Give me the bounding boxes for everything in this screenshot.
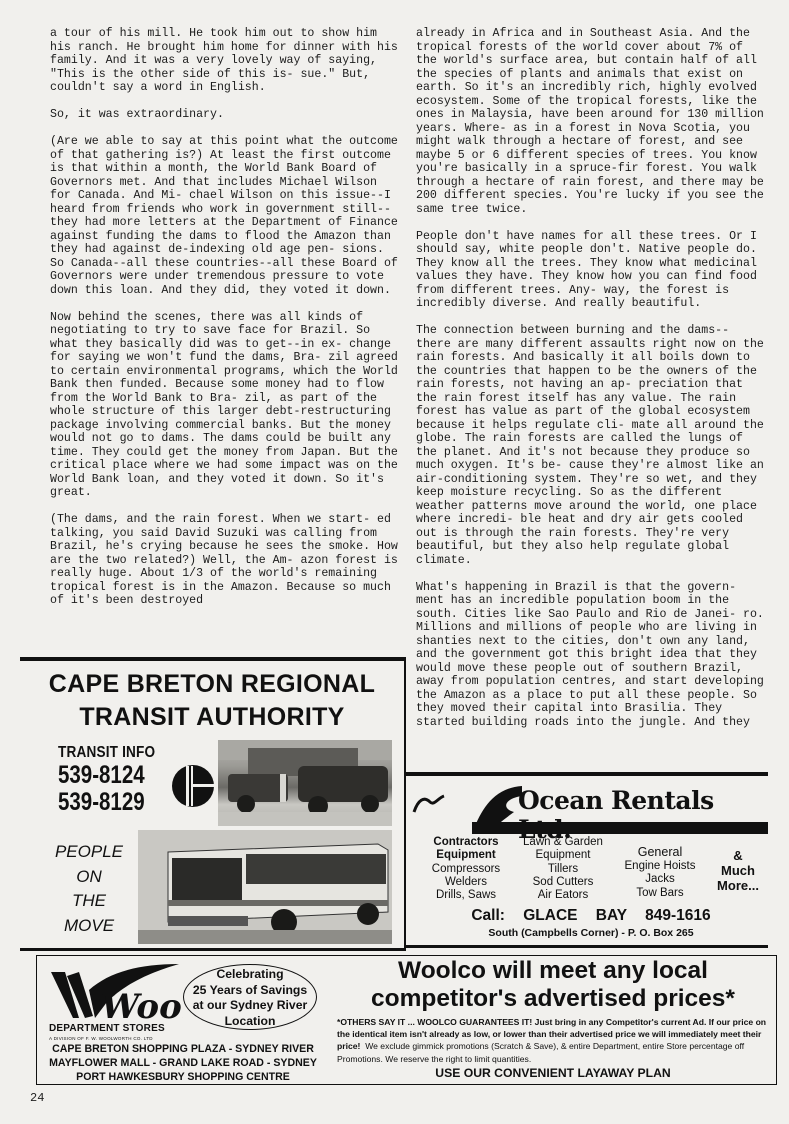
woolco-logo-icon: Woolco xyxy=(49,962,183,1024)
paragraph: The connection between burning and the d… xyxy=(416,324,768,567)
transit-info-label: TRANSIT INFO xyxy=(58,744,155,762)
article-column-right: already in Africa and in Southeast Asia.… xyxy=(416,27,768,743)
paragraph: People don't have names for all these tr… xyxy=(416,230,768,311)
ocean-address: South (Campbells Corner) - P. O. Box 265 xyxy=(410,927,772,939)
vintage-vehicles-photo xyxy=(218,740,392,826)
ocean-rentals-advertisement: Ocean Rentals Ltd. Contractors Equipment… xyxy=(410,776,772,944)
transit-logo-icon xyxy=(171,764,215,808)
paragraph: Now behind the scenes, there was all kin… xyxy=(50,311,402,500)
transit-info: TRANSIT INFO 539-8124 539-8129 xyxy=(58,744,172,816)
svg-text:Woolco: Woolco xyxy=(101,987,183,1024)
ocean-bar xyxy=(472,822,768,834)
paragraph: So, it was extraordinary. xyxy=(50,108,402,122)
celebration-oval: Celebrating 25 Years of Savings at our S… xyxy=(183,964,317,1030)
transit-title: TRANSIT AUTHORITY xyxy=(20,703,404,732)
woolco-locations: CAPE BRETON SHOPPING PLAZA - SYDNEY RIVE… xyxy=(37,1042,329,1084)
paragraph: (The dams, and the rain forest. When we … xyxy=(50,513,402,608)
bus-photo xyxy=(138,830,392,944)
divider xyxy=(406,945,768,948)
transit-advertisement: CAPE BRETON REGIONAL TRANSIT AUTHORITY T… xyxy=(20,660,404,948)
transit-slogan: PEOPLE ON THE MOVE xyxy=(54,840,124,938)
transit-title: CAPE BRETON REGIONAL xyxy=(20,670,404,699)
transit-phone: 539-8124 xyxy=(58,762,152,789)
woolco-fine-print: *OTHERS SAY IT ... WOOLCO GUARANTEES IT!… xyxy=(337,1016,777,1065)
paragraph: What's happening in Brazil is that the g… xyxy=(416,581,768,730)
magazine-page: a tour of his mill. He took him out to s… xyxy=(0,0,789,1124)
woolco-division: A DIVISION OF F. W. WOOLWORTH CO. LTD xyxy=(49,1036,153,1041)
service-column: Contractors Equipment Compressors Welder… xyxy=(418,836,514,902)
divider xyxy=(20,948,406,951)
service-column: Lawn & Garden Equipment Tillers Sod Cutt… xyxy=(518,836,608,902)
divider xyxy=(404,660,406,950)
woolco-dept: DEPARTMENT STORES xyxy=(49,1023,165,1034)
paragraph: a tour of his mill. He took him out to s… xyxy=(50,27,402,95)
paragraph: already in Africa and in Southeast Asia.… xyxy=(416,27,768,216)
service-column: General Engine Hoists Jacks Tow Bars xyxy=(612,844,708,900)
transit-phone: 539-8129 xyxy=(58,789,152,816)
paragraph: (Are we able to say at this point what t… xyxy=(50,135,402,297)
service-column: & Much More... xyxy=(708,848,768,893)
woolco-layaway: USE OUR CONVENIENT LAYAWAY PLAN xyxy=(329,1066,777,1080)
article-column-left: a tour of his mill. He took him out to s… xyxy=(50,27,402,621)
ocean-call-line: Call: GLACE BAY 849-1616 xyxy=(410,907,772,925)
woolco-headline: Woolco will meet any local competitor's … xyxy=(329,957,777,1013)
woolco-advertisement: Woolco DEPARTMENT STORES A DIVISION OF F… xyxy=(36,955,777,1085)
page-number: 24 xyxy=(30,1091,44,1105)
